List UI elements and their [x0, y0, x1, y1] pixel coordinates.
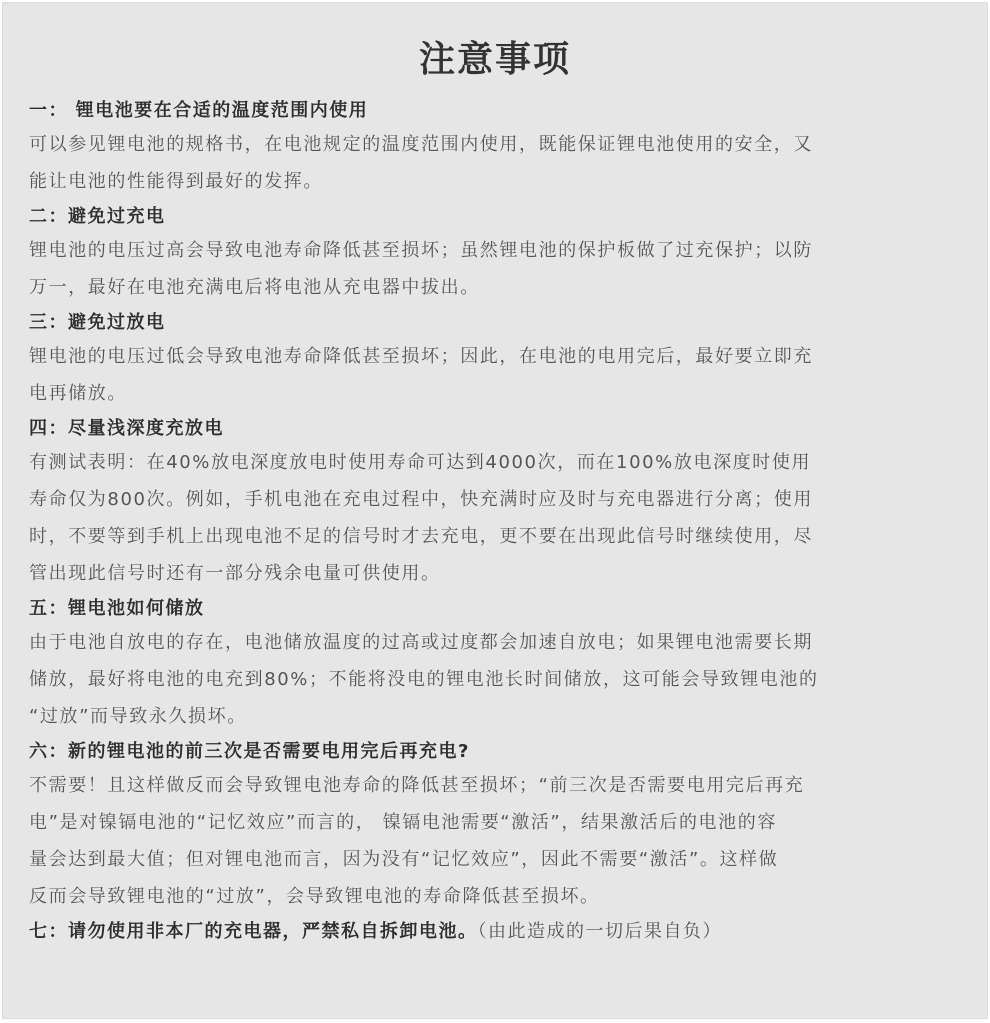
- section-body: 由于电池自放电的存在，电池储放温度的过高或过度都会加速自放电；如果锂电池需要长期…: [29, 624, 973, 735]
- body-line: 储放，最好将电池的电充到80%；不能将没电的锂电池长时间储放，这可能会导致锂电池…: [29, 661, 973, 698]
- page-title: 注意事项: [3, 31, 987, 82]
- section-shallow-cycling: 四：尽量浅深度充放电 有测试表明：在40%放电深度放电时使用寿命可达到4000次…: [29, 414, 973, 592]
- section-heading: 一： 锂电池要在合适的温度范围内使用: [29, 96, 973, 126]
- section-storage: 五：锂电池如何储放 由于电池自放电的存在，电池储放温度的过高或过度都会加速自放电…: [29, 594, 973, 735]
- section-body: 有测试表明：在40%放电深度放电时使用寿命可达到4000次，而在100%放电深度…: [29, 444, 973, 592]
- section-heading: 三：避免过放电: [29, 308, 973, 338]
- body-line: 不需要！且这样做反而会导致锂电池寿命的降低甚至损坏；“前三次是否需要电用完后再充: [29, 767, 973, 804]
- body-line: 电”是对镍镉电池的“记忆效应”而言的， 镍镉电池需要“激活”，结果激活后的电池的…: [29, 804, 973, 841]
- body-line: 有测试表明：在40%放电深度放电时使用寿命可达到4000次，而在100%放电深度…: [29, 444, 973, 481]
- final-warning-note: （由此造成的一切后果自负）: [478, 921, 723, 942]
- notice-panel: 注意事项 一： 锂电池要在合适的温度范围内使用 可以参见锂电池的规格书，在电池规…: [2, 2, 988, 1019]
- section-first-charges: 六：新的锂电池的前三次是否需要电用完后再充电? 不需要！且这样做反而会导致锂电池…: [29, 737, 973, 915]
- section-body: 不需要！且这样做反而会导致锂电池寿命的降低甚至损坏；“前三次是否需要电用完后再充…: [29, 767, 973, 915]
- body-line: 电再储放。: [29, 375, 973, 412]
- body-line: 寿命仅为800次。例如，手机电池在充电过程中，快充满时应及时与充电器进行分离；使…: [29, 481, 973, 518]
- body-line: 可以参见锂电池的规格书，在电池规定的温度范围内使用，既能保证锂电池使用的安全，又: [29, 126, 973, 163]
- notice-content: 一： 锂电池要在合适的温度范围内使用 可以参见锂电池的规格书，在电池规定的温度范…: [29, 96, 973, 947]
- section-overcharge: 二：避免过充电 锂电池的电压过高会导致电池寿命降低甚至损坏；虽然锂电池的保护板做…: [29, 202, 973, 306]
- section-temperature: 一： 锂电池要在合适的温度范围内使用 可以参见锂电池的规格书，在电池规定的温度范…: [29, 96, 973, 200]
- body-line: 管出现此信号时还有一部分残余电量可供使用。: [29, 555, 973, 592]
- section-heading: 四：尽量浅深度充放电: [29, 414, 973, 444]
- body-line: 由于电池自放电的存在，电池储放温度的过高或过度都会加速自放电；如果锂电池需要长期: [29, 624, 973, 661]
- body-line: 能让电池的性能得到最好的发挥。: [29, 163, 973, 200]
- body-line: 万一，最好在电池充满电后将电池从充电器中拔出。: [29, 269, 973, 306]
- section-heading: 五：锂电池如何储放: [29, 594, 973, 624]
- body-line: 锂电池的电压过高会导致电池寿命降低甚至损坏；虽然锂电池的保护板做了过充保护；以防: [29, 232, 973, 269]
- body-line: 锂电池的电压过低会导致电池寿命降低甚至损坏；因此，在电池的电用完后，最好要立即充: [29, 338, 973, 375]
- body-line: 反而会导致锂电池的“过放”，会导致锂电池的寿命降低甚至损坏。: [29, 878, 973, 915]
- final-warning-text: 七：请勿使用非本厂的充电器，严禁私自拆卸电池。: [29, 921, 478, 942]
- body-line: “过放”而导致永久损坏。: [29, 698, 973, 735]
- section-body: 锂电池的电压过高会导致电池寿命降低甚至损坏；虽然锂电池的保护板做了过充保护；以防…: [29, 232, 973, 306]
- section-body: 锂电池的电压过低会导致电池寿命降低甚至损坏；因此，在电池的电用完后，最好要立即充…: [29, 338, 973, 412]
- final-warning: 七：请勿使用非本厂的充电器，严禁私自拆卸电池。（由此造成的一切后果自负）: [29, 917, 973, 947]
- section-overdischarge: 三：避免过放电 锂电池的电压过低会导致电池寿命降低甚至损坏；因此，在电池的电用完…: [29, 308, 973, 412]
- body-line: 量会达到最大值；但对锂电池而言，因为没有“记忆效应”，因此不需要“激活”。这样做: [29, 841, 973, 878]
- section-body: 可以参见锂电池的规格书，在电池规定的温度范围内使用，既能保证锂电池使用的安全，又…: [29, 126, 973, 200]
- section-heading: 六：新的锂电池的前三次是否需要电用完后再充电?: [29, 737, 973, 767]
- body-line: 时，不要等到手机上出现电池不足的信号时才去充电，更不要在出现此信号时继续使用，尽: [29, 518, 973, 555]
- section-heading: 二：避免过充电: [29, 202, 973, 232]
